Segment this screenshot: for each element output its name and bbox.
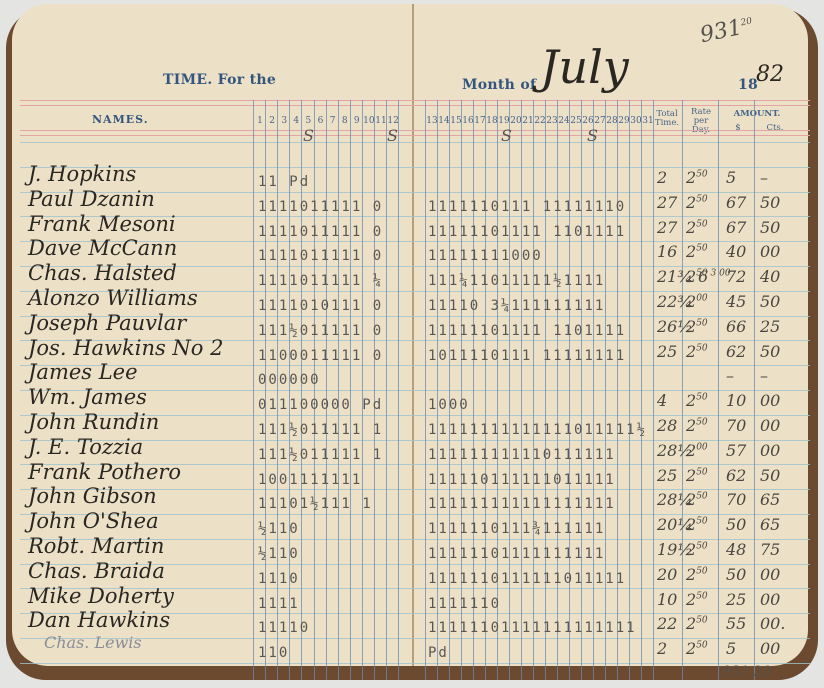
rate-per-day: 250	[686, 242, 708, 261]
employee-name: Chas. Lewis	[44, 633, 142, 652]
total-column-rule	[682, 100, 683, 680]
day-column-rule	[593, 100, 594, 680]
amount-cents: 65	[760, 515, 780, 534]
book-gutter	[412, 4, 414, 666]
rate-cents: 00	[696, 294, 707, 304]
attendance-marks-first-half: 111½011111 1	[258, 422, 383, 438]
rate-cents: 50	[696, 194, 707, 204]
amount-dollars: 67	[726, 193, 746, 212]
attendance-marks-first-half: ½110	[258, 546, 300, 562]
rate-per-day: 250	[686, 490, 708, 509]
amount-dollars: 66	[726, 317, 746, 336]
amount-dollars: 5	[726, 168, 736, 187]
rate-cents: 50	[696, 244, 707, 254]
amount-dollars: 45	[726, 292, 746, 311]
employee-name: J. E. Tozzia	[28, 435, 143, 459]
day-column-rule	[314, 100, 315, 680]
employee-name: Dan Hawkins	[28, 608, 170, 632]
total-column-rule	[718, 100, 719, 680]
amount-cents: 00	[760, 416, 780, 435]
attendance-marks-first-half: 11101½111 1	[258, 496, 373, 512]
day-column-rule	[557, 100, 558, 680]
employee-name: Joseph Pauvlar	[28, 311, 186, 335]
month-handwritten: July	[540, 40, 629, 94]
amount-dollars: 5	[726, 639, 736, 658]
attendance-marks-second-half: 1111110111¾111111	[428, 521, 605, 537]
day-column-rule	[253, 100, 254, 680]
rate-dollars: 2	[686, 441, 696, 460]
rate-per-day: 250	[686, 193, 708, 212]
rate-cents: 50	[696, 467, 707, 477]
day-column-rule	[533, 100, 534, 680]
total-time: 27	[657, 193, 677, 212]
day-column-rule	[641, 100, 642, 680]
day-column-rule	[362, 100, 363, 680]
employee-name: Frank Mesoni	[28, 212, 176, 236]
amount-cents: 40	[760, 267, 780, 286]
names-header: NAMES.	[92, 113, 149, 126]
day-column-rule	[461, 100, 462, 680]
amount-dollars: 70	[726, 490, 746, 509]
amount-dollars: 67	[726, 218, 746, 237]
attendance-marks-first-half: 1111011111 ¼	[258, 273, 383, 289]
employee-name: Alonzo Williams	[28, 286, 198, 310]
attendance-marks-second-half: 1111110	[428, 596, 501, 612]
rate-per-day: 200	[686, 441, 708, 460]
right-title: Month of	[462, 77, 536, 93]
amount-dollars: 48	[726, 540, 746, 559]
rate-dollars: 2	[686, 639, 696, 658]
day-column-rule	[350, 100, 351, 680]
amount-dollars: 40	[726, 242, 746, 261]
rate-dollars: 2	[686, 317, 696, 336]
amount-cents: 00	[760, 441, 780, 460]
employee-name: J. Hopkins	[28, 162, 136, 186]
attendance-marks-first-half: ½110	[258, 521, 300, 537]
rate-per-day: 250	[686, 391, 708, 410]
employee-name: Robt. Martin	[28, 534, 164, 558]
header-rule	[20, 100, 810, 101]
amount-dollars: 25	[726, 590, 746, 609]
amount-cents: 00	[760, 391, 780, 410]
day-column-rule	[374, 100, 375, 680]
day-column-rule	[521, 100, 522, 680]
attendance-marks-first-half: 11 Pd	[258, 174, 310, 190]
attendance-marks-second-half: 1111110111 11111110	[428, 199, 626, 215]
day-column-rule	[437, 100, 438, 680]
rate-cents: 50	[696, 343, 707, 353]
amount-cents: 00	[760, 590, 780, 609]
rate-per-day: 250	[686, 218, 708, 237]
dollars-header: $	[728, 124, 748, 133]
rate-cents: 50	[696, 616, 707, 626]
employee-name: Chas. Halsted	[28, 261, 177, 285]
total-column-rule	[653, 100, 654, 680]
rate-per-day: 250	[686, 540, 708, 559]
amount-header: AMOUNT.	[722, 110, 792, 119]
attendance-marks-first-half: 1111011111 0	[258, 199, 383, 215]
rate-cents: 50	[696, 591, 707, 601]
row-rule	[20, 365, 810, 366]
employee-name: John O'Shea	[28, 509, 159, 533]
attendance-marks-second-half: 1011110111 11111111	[428, 348, 626, 364]
attendance-marks-first-half: 1001111111	[258, 472, 362, 488]
attendance-marks-second-half: 1111110111111011111	[428, 571, 626, 587]
total-time: 2	[657, 168, 667, 187]
amount-cents: 00	[760, 639, 780, 658]
rate-per-day: 250	[686, 565, 708, 584]
amount-cents: –	[760, 168, 768, 187]
rate-per-day: 250	[686, 342, 708, 361]
total-time: 16	[657, 242, 677, 261]
amount-cents: 00	[760, 565, 780, 584]
attendance-marks-first-half: 111½011111 1	[258, 447, 383, 463]
attendance-marks-first-half: 1111011111 0	[258, 224, 383, 240]
amount-cents: 50	[760, 292, 780, 311]
amount-dollars: 50	[726, 515, 746, 534]
rate-per-day: 250	[686, 590, 708, 609]
amount-dollars: 50	[726, 565, 746, 584]
rate-dollars: 2	[686, 193, 696, 212]
total-time: 4	[657, 391, 667, 410]
rate-dollars: 2	[686, 292, 696, 311]
total-time: 10	[657, 590, 677, 609]
employee-name: James Lee	[28, 360, 138, 384]
rate-dollars: 2	[686, 614, 696, 633]
rate-cents: 50	[696, 393, 707, 403]
rate-cents: 50	[696, 418, 707, 428]
footer-total: 931 20	[722, 664, 771, 680]
day-column-rule	[497, 100, 498, 680]
total-time: 2	[657, 639, 667, 658]
amount-dollars: –	[726, 366, 734, 385]
employee-name: John Gibson	[28, 484, 157, 508]
amount-dollars: 57	[726, 441, 746, 460]
total-time: 27	[657, 218, 677, 237]
day-column-rule	[338, 100, 339, 680]
attendance-marks-second-half: 11111101111 1101111	[428, 224, 626, 240]
amount-cents: 00.	[760, 614, 785, 633]
sunday-mark: S	[501, 126, 512, 145]
day-column-rule	[425, 100, 426, 680]
header-rule	[20, 105, 810, 106]
left-title: TIME. For the	[163, 72, 276, 88]
cents-header: Cts.	[760, 124, 790, 133]
rate-dollars: 2	[686, 242, 696, 261]
row-rule	[20, 142, 810, 143]
rate-per-day: 250	[686, 317, 708, 336]
attendance-marks-first-half: 000000	[258, 372, 321, 388]
attendance-marks-second-half: 11111101111111111111	[428, 620, 637, 636]
amount-cents: –	[760, 366, 768, 385]
attendance-marks-first-half: 1110	[258, 571, 300, 587]
attendance-marks-first-half: 1111010111 0	[258, 298, 383, 314]
attendance-marks-second-half: Pd	[428, 645, 449, 661]
rate-dollars: 2	[686, 466, 696, 485]
rate-dollars: 2	[686, 565, 696, 584]
total-time: 20	[657, 565, 677, 584]
attendance-marks-second-half: 111110111111011111	[428, 472, 616, 488]
day-column-rule	[473, 100, 474, 680]
total-time: 25	[657, 466, 677, 485]
attendance-marks-second-half: 11111111000	[428, 248, 543, 264]
attendance-marks-first-half: 1100011111 0	[258, 348, 383, 364]
rate-cents: 50	[696, 542, 707, 552]
attendance-marks-first-half: 011100000 Pd	[258, 397, 383, 413]
attendance-marks-second-half: 11110 3¼111111111	[428, 298, 605, 314]
rate-dollars: 2	[686, 490, 696, 509]
rate-dollars: 2	[686, 342, 696, 361]
rate-per-day: 200	[686, 292, 708, 311]
employee-name: Paul Dzanin	[28, 187, 155, 211]
rate-cents: 50	[696, 219, 707, 229]
day-column-rule	[485, 100, 486, 680]
attendance-marks-second-half: 11111111111111011111½	[428, 422, 647, 438]
row-rule	[20, 663, 810, 664]
attendance-marks-second-half: 11111101111 1101111	[428, 323, 626, 339]
total-time: 28	[657, 416, 677, 435]
attendance-marks-first-half: 1111011111 0	[258, 248, 383, 264]
rate-cents: 00	[696, 442, 707, 452]
day-column-rule	[449, 100, 450, 680]
rate-dollars: 2	[686, 168, 696, 187]
rate-per-day: 250	[686, 416, 708, 435]
rate-dollars: 2	[686, 391, 696, 410]
total-time: 25	[657, 342, 677, 361]
employee-name: Jos. Hawkins No 2	[28, 336, 223, 360]
employee-name: Frank Pothero	[28, 460, 181, 484]
total-time-header: Total Time.	[652, 110, 682, 128]
attendance-marks-second-half: 111111111110111111	[428, 447, 616, 463]
attendance-marks-second-half: 1000	[428, 397, 470, 413]
rate-per-day: 250 3 00	[686, 267, 731, 286]
attendance-marks-first-half: 111½011111 0	[258, 323, 383, 339]
employee-name: Mike Doherty	[28, 584, 174, 608]
header-rule	[20, 130, 810, 131]
amount-dollars: 70	[726, 416, 746, 435]
day-column-rule	[569, 100, 570, 680]
rate-per-day: 250	[686, 639, 708, 658]
attendance-marks-first-half: 1111	[258, 596, 300, 612]
amount-dollars: 55	[726, 614, 746, 633]
amount-cents: 50	[760, 218, 780, 237]
rate-dollars: 2	[686, 267, 696, 286]
amount-cents: 50	[760, 342, 780, 361]
amount-cents: 50	[760, 193, 780, 212]
attendance-marks-first-half: 110	[258, 645, 289, 661]
day-column-rule	[581, 100, 582, 680]
day-column-rule	[509, 100, 510, 680]
attendance-marks-second-half: 111¼11011111½1111	[428, 273, 605, 289]
rate-cents: 50	[696, 566, 707, 576]
amount-dollars: 62	[726, 466, 746, 485]
day-column-rule	[398, 100, 399, 680]
amount-dollars: 72	[726, 267, 746, 286]
employee-name: John Rundin	[28, 410, 159, 434]
attendance-marks-second-half: 111111111111111111	[428, 496, 616, 512]
header-rule	[20, 135, 810, 136]
rate-per-day: 250	[686, 168, 708, 187]
total-column-rule	[754, 100, 755, 680]
employee-name: Dave McCann	[28, 236, 177, 260]
rate-cents: 50	[696, 517, 707, 527]
day-column-rule	[617, 100, 618, 680]
amount-cents: 50	[760, 466, 780, 485]
rate-cents: 50	[696, 492, 707, 502]
day-column-rule	[629, 100, 630, 680]
day-column-rule	[545, 100, 546, 680]
attendance-marks-first-half: 11110	[258, 620, 310, 636]
rate-dollars: 2	[686, 218, 696, 237]
employee-name: Chas. Braida	[28, 559, 165, 583]
rate-cents: 50	[696, 170, 707, 180]
amount-cents: 00	[760, 242, 780, 261]
rate-dollars: 2	[686, 540, 696, 559]
rate-cents: 50	[696, 641, 707, 651]
rate-per-day: 250	[686, 614, 708, 633]
rate-cents: 50	[696, 318, 707, 328]
sunday-mark: S	[303, 126, 314, 145]
rate-per-day: 250	[686, 515, 708, 534]
rate-per-day: 250	[686, 466, 708, 485]
employee-name: Wm. James	[28, 385, 147, 409]
amount-cents: 65	[760, 490, 780, 509]
rate-dollars: 2	[686, 515, 696, 534]
amount-dollars: 62	[726, 342, 746, 361]
amount-cents: 25	[760, 317, 780, 336]
year-suffix: 82	[756, 62, 784, 87]
sunday-mark: S	[587, 126, 598, 145]
amount-cents: 75	[760, 540, 780, 559]
sunday-mark: S	[387, 126, 398, 145]
day-column-rule	[326, 100, 327, 680]
day-column-rule	[605, 100, 606, 680]
total-time: 22	[657, 614, 677, 633]
day-column-rule	[386, 100, 387, 680]
amount-dollars: 10	[726, 391, 746, 410]
rate-dollars: 2	[686, 416, 696, 435]
rate-dollars: 2	[686, 590, 696, 609]
attendance-marks-second-half: 11111101111111111	[428, 546, 605, 562]
